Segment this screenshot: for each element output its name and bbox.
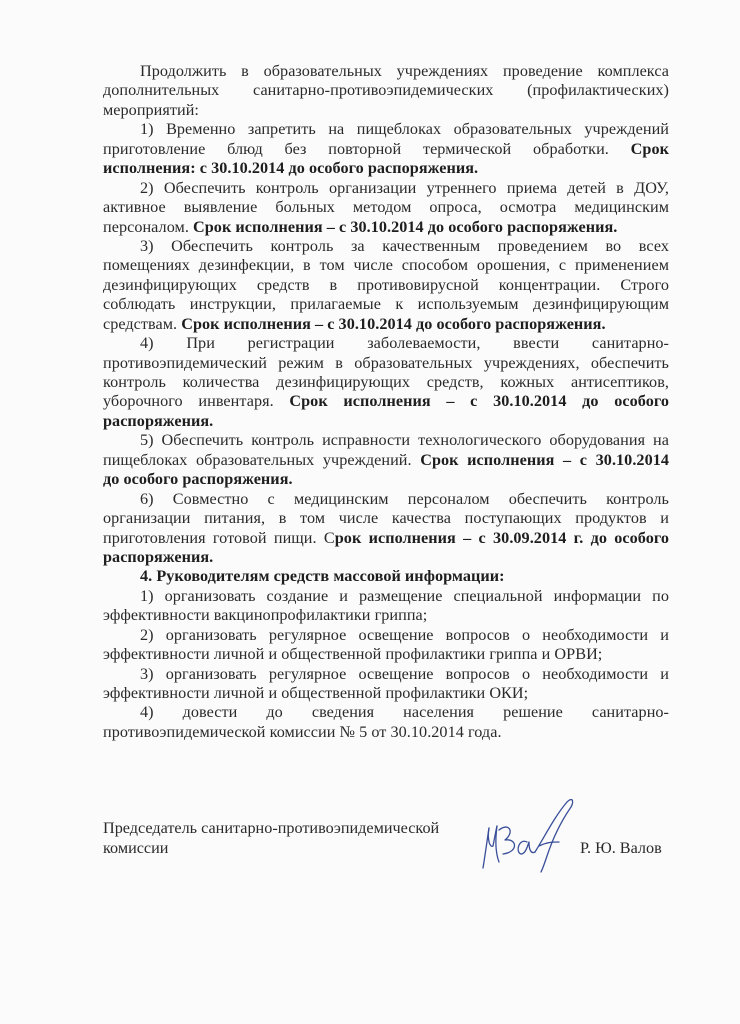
- text-line: 4. Руководителям средств массовой информ…: [103, 567, 669, 586]
- text-line: уборочного инвентаря. Срок исполнения – …: [103, 392, 669, 411]
- text-segment: эффективности вакцинопрофилактики гриппа…: [103, 606, 427, 624]
- text-line: распоряжения.: [103, 412, 669, 431]
- text-line: до особого распоряжения.: [103, 470, 669, 489]
- text-line: приготовления готовой пищи. Срок исполне…: [103, 529, 669, 548]
- text-segment: 4) При регистрации заболеваемости, ввест…: [140, 334, 669, 352]
- text-line: исполнения: с 30.10.2014 до особого расп…: [103, 159, 669, 178]
- text-segment: контроль количества дезинфицирующих сред…: [103, 373, 669, 391]
- bold-text-segment: 4. Руководителям средств массовой информ…: [140, 567, 505, 585]
- text-line: средствам. Срок исполнения – с 30.10.201…: [103, 315, 669, 334]
- handwritten-signature-icon: [475, 796, 585, 876]
- text-segment: приготовление блюд без повторной термиче…: [103, 140, 631, 158]
- text-segment: дезинфицирующих средств в противовирусно…: [103, 276, 669, 294]
- text-segment: противоэпидемический режим в образовател…: [103, 354, 669, 372]
- text-line: соблюдать инструкции, прилагаемые к испо…: [103, 295, 669, 314]
- text-line: 2) Обеспечить контроль организации утрен…: [103, 179, 669, 198]
- text-line: контроль количества дезинфицирующих сред…: [103, 373, 669, 392]
- text-line: эффективности личной и общественной проф…: [103, 645, 669, 664]
- signatory-title: Председатель санитарно-противоэпидемичес…: [103, 818, 439, 858]
- text-segment: активное выявление больных методом опрос…: [103, 198, 669, 216]
- text-segment: приготовления готовой пищи. С: [103, 529, 335, 547]
- bold-text-segment: Срок исполнения – с 30.10.2014 до особог…: [181, 315, 605, 333]
- signatory-title-line2: комиссии: [103, 838, 439, 858]
- text-segment: 2) Обеспечить контроль организации утрен…: [140, 179, 669, 197]
- bold-text-segment: рок исполнения – с 30.09.2014 г. до особ…: [335, 529, 669, 547]
- text-line: персоналом. Срок исполнения – с 30.10.20…: [103, 218, 669, 237]
- text-segment: уборочного инвентаря.: [103, 392, 289, 410]
- text-segment: помещениях дезинфекции, в том числе спос…: [103, 256, 669, 274]
- bold-text-segment: Срок исполнения – с 30.10.2014 до особог…: [193, 218, 617, 236]
- text-line: 6) Совместно с медицинским персоналом об…: [103, 490, 669, 509]
- text-segment: 2) организовать регулярное освещение воп…: [140, 626, 669, 644]
- text-segment: персоналом.: [103, 218, 193, 236]
- text-line: Продолжить в образовательных учреждениях…: [103, 62, 669, 81]
- text-segment: эффективности личной и общественной проф…: [103, 645, 602, 663]
- text-line: помещениях дезинфекции, в том числе спос…: [103, 256, 669, 275]
- text-line: активное выявление больных методом опрос…: [103, 198, 669, 217]
- signature-block: Председатель санитарно-противоэпидемичес…: [103, 818, 673, 878]
- text-segment: 3) организовать регулярное освещение воп…: [140, 665, 669, 683]
- text-line: 3) Обеспечить контроль за качественным п…: [103, 237, 669, 256]
- text-line: противоэпидемической комиссии № 5 от 30.…: [103, 723, 669, 742]
- text-segment: средствам.: [103, 315, 181, 333]
- text-segment: эффективности личной и общественной проф…: [103, 684, 528, 702]
- text-line: 1) Временно запретить на пищеблоках обра…: [103, 120, 669, 139]
- bold-text-segment: исполнения: с 30.10.2014 до особого расп…: [103, 159, 478, 177]
- text-line: 4) довести до сведения населения решение…: [103, 703, 669, 722]
- text-line: 3) организовать регулярное освещение воп…: [103, 665, 669, 684]
- text-line: 5) Обеспечить контроль исправности техно…: [103, 431, 669, 450]
- text-segment: организации питания, в том числе качеств…: [103, 509, 669, 527]
- text-line: приготовление блюд без повторной термиче…: [103, 140, 669, 159]
- bold-text-segment: Срок: [631, 140, 669, 158]
- bold-text-segment: до особого распоряжения.: [103, 470, 293, 488]
- text-segment: соблюдать инструкции, прилагаемые к испо…: [103, 295, 669, 313]
- text-segment: 1) организовать создание и размещение сп…: [140, 587, 669, 605]
- bold-text-segment: распоряжения.: [103, 412, 213, 430]
- text-segment: дополнительных санитарно-противоэпидемич…: [103, 81, 669, 99]
- bold-text-segment: Срок исполнения – с 30.10.2014: [420, 451, 669, 469]
- text-segment: пищеблоках образовательных учреждений.: [103, 451, 420, 469]
- text-line: организации питания, в том числе качеств…: [103, 509, 669, 528]
- text-segment: 1) Временно запретить на пищеблоках обра…: [140, 120, 669, 138]
- signatory-name: Р. Ю. Валов: [580, 838, 662, 858]
- text-segment: противоэпидемической комиссии № 5 от 30.…: [103, 723, 502, 741]
- text-segment: 6) Совместно с медицинским персоналом об…: [140, 490, 669, 508]
- text-line: дезинфицирующих средств в противовирусно…: [103, 276, 669, 295]
- text-line: мероприятий:: [103, 101, 669, 120]
- text-segment: 4) довести до сведения населения решение…: [140, 703, 669, 721]
- text-segment: Продолжить в образовательных учреждениях…: [140, 62, 669, 80]
- bold-text-segment: распоряжения.: [103, 548, 213, 566]
- bold-text-segment: Срок исполнения – с 30.10.2014 до особог…: [289, 392, 669, 410]
- signatory-title-line1: Председатель санитарно-противоэпидемичес…: [103, 818, 439, 838]
- text-segment: 5) Обеспечить контроль исправности техно…: [140, 431, 669, 449]
- text-line: эффективности вакцинопрофилактики гриппа…: [103, 606, 669, 625]
- text-line: 4) При регистрации заболеваемости, ввест…: [103, 334, 669, 353]
- text-line: 2) организовать регулярное освещение воп…: [103, 626, 669, 645]
- document-body: Продолжить в образовательных учреждениях…: [103, 62, 669, 742]
- text-line: распоряжения.: [103, 548, 669, 567]
- text-segment: мероприятий:: [103, 101, 199, 119]
- text-line: эффективности личной и общественной проф…: [103, 684, 669, 703]
- text-line: дополнительных санитарно-противоэпидемич…: [103, 81, 669, 100]
- text-line: 1) организовать создание и размещение сп…: [103, 587, 669, 606]
- text-segment: 3) Обеспечить контроль за качественным п…: [140, 237, 669, 255]
- text-line: пищеблоках образовательных учреждений. С…: [103, 451, 669, 470]
- text-line: противоэпидемический режим в образовател…: [103, 354, 669, 373]
